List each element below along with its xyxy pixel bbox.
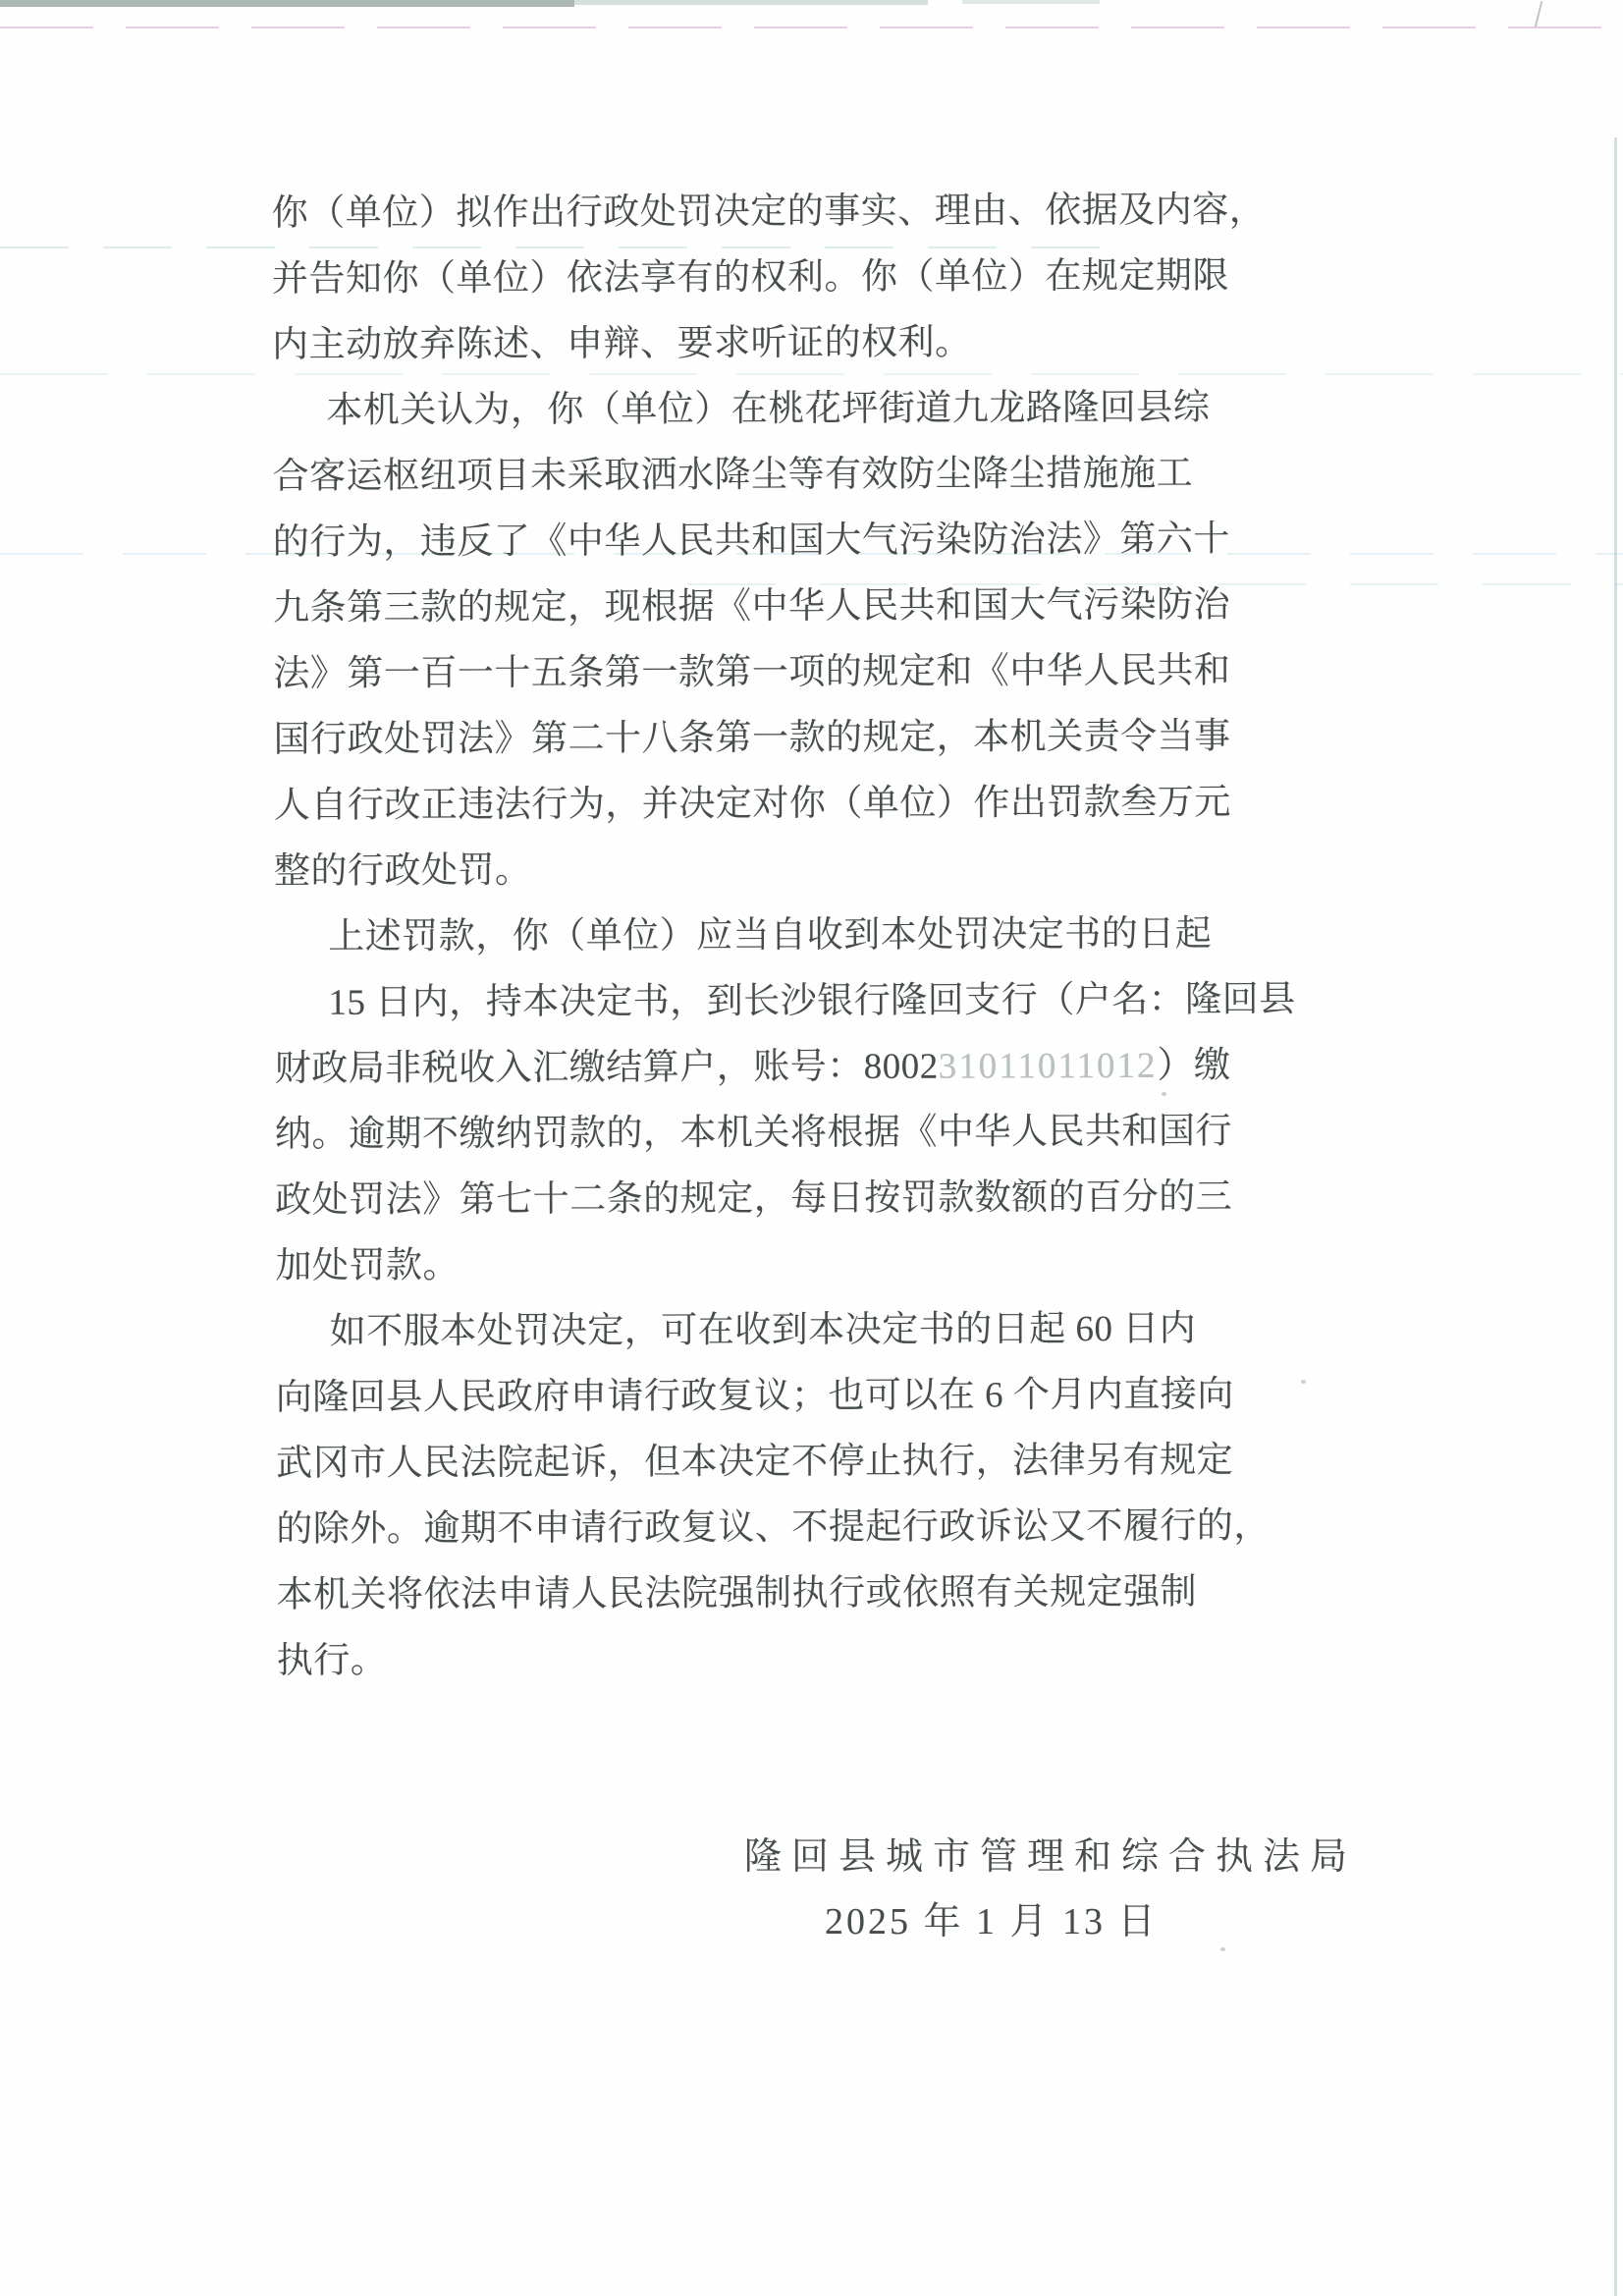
document-page: 你（单位）拟作出行政处罚决定的事实、理由、依据及内容，并告知你（单位）依法享有的… bbox=[0, 0, 1623, 2296]
text-line: 内主动放弃陈述、申辩、要求听证的权利。 bbox=[272, 320, 972, 369]
text-line: 九条第三款的规定，现根据《中华人民共和国大气污染防治 bbox=[273, 582, 1230, 632]
text-line: 加处罚款。 bbox=[275, 1242, 460, 1290]
text-line: 的除外。逾期不申请行政复议、不提起行政诉讼又不履行的， bbox=[276, 1503, 1271, 1554]
faded-account-digits: 31011011012 bbox=[939, 1046, 1158, 1087]
text-segment: 财政局非税收入汇缴结算户，账号： bbox=[275, 1047, 864, 1089]
text-line: 国行政处罚法》第二十八条第一款的规定，本机关责令当事 bbox=[273, 714, 1230, 764]
text-line: 向隆回县人民政府申请行政复议；也可以在 6 个月内直接向 bbox=[276, 1372, 1234, 1422]
document-body: 你（单位）拟作出行政处罚决定的事实、理由、依据及内容，并告知你（单位）依法享有的… bbox=[271, 0, 1496, 2296]
text-line: 本机关认为，你（单位）在桃花坪街道九龙路隆回县综 bbox=[326, 385, 1210, 435]
scan-artifact-right-edge-line bbox=[1614, 137, 1617, 2296]
text-line: 的行为，违反了《中华人民共和国大气污染防治法》第六十 bbox=[273, 517, 1230, 567]
text-line: 并告知你（单位）依法享有的权利。你（单位）在规定期限 bbox=[272, 253, 1229, 303]
text-line: 15 日内，持本决定书，到长沙银行隆回支行（户名：隆回县 bbox=[328, 976, 1295, 1026]
scan-artifact-corner-tick bbox=[1535, 1, 1542, 27]
text-segment: 8002 bbox=[864, 1047, 939, 1087]
text-line: 整的行政处罚。 bbox=[274, 847, 532, 896]
text-line: 纳。逾期不缴纳罚款的，本机关将根据《中华人民共和国行 bbox=[275, 1109, 1232, 1159]
text-line: 你（单位）拟作出行政处罚决定的事实、理由、依据及内容， bbox=[272, 187, 1267, 238]
text-line: 武冈市人民法院起诉，但本决定不停止执行，法律另有规定 bbox=[276, 1438, 1233, 1488]
agency-signature: 隆回县城市管理和综合执法局 bbox=[744, 1826, 1357, 1880]
text-line: 法》第一百一十五条第一款第一项的规定和《中华人民共和 bbox=[273, 648, 1230, 698]
text-line: 人自行改正违法行为，并决定对你（单位）作出罚款叁万元 bbox=[274, 780, 1231, 830]
text-line: 上述罚款，你（单位）应当自收到本处罚决定书的日起 bbox=[328, 911, 1212, 961]
text-line: 本机关将依法申请人民法院强制执行或依照有关规定强制 bbox=[277, 1569, 1198, 1619]
text-line: 如不服本处罚决定，可在收到本决定书的日起 60 日内 bbox=[330, 1306, 1197, 1356]
decision-date: 2025 年 1 月 13 日 bbox=[825, 1890, 1159, 1944]
text-line: 财政局非税收入汇缴结算户，账号：800231011011012）缴 bbox=[275, 1043, 1231, 1093]
text-line: 合客运枢纽项目未采取洒水降尘等有效防尘降尘措施施工 bbox=[273, 451, 1194, 501]
text-line: 政处罚法》第七十二条的规定，每日按罚款数额的百分的三 bbox=[275, 1175, 1232, 1225]
text-line: 执行。 bbox=[277, 1638, 388, 1685]
text-segment: ）缴 bbox=[1157, 1046, 1230, 1086]
